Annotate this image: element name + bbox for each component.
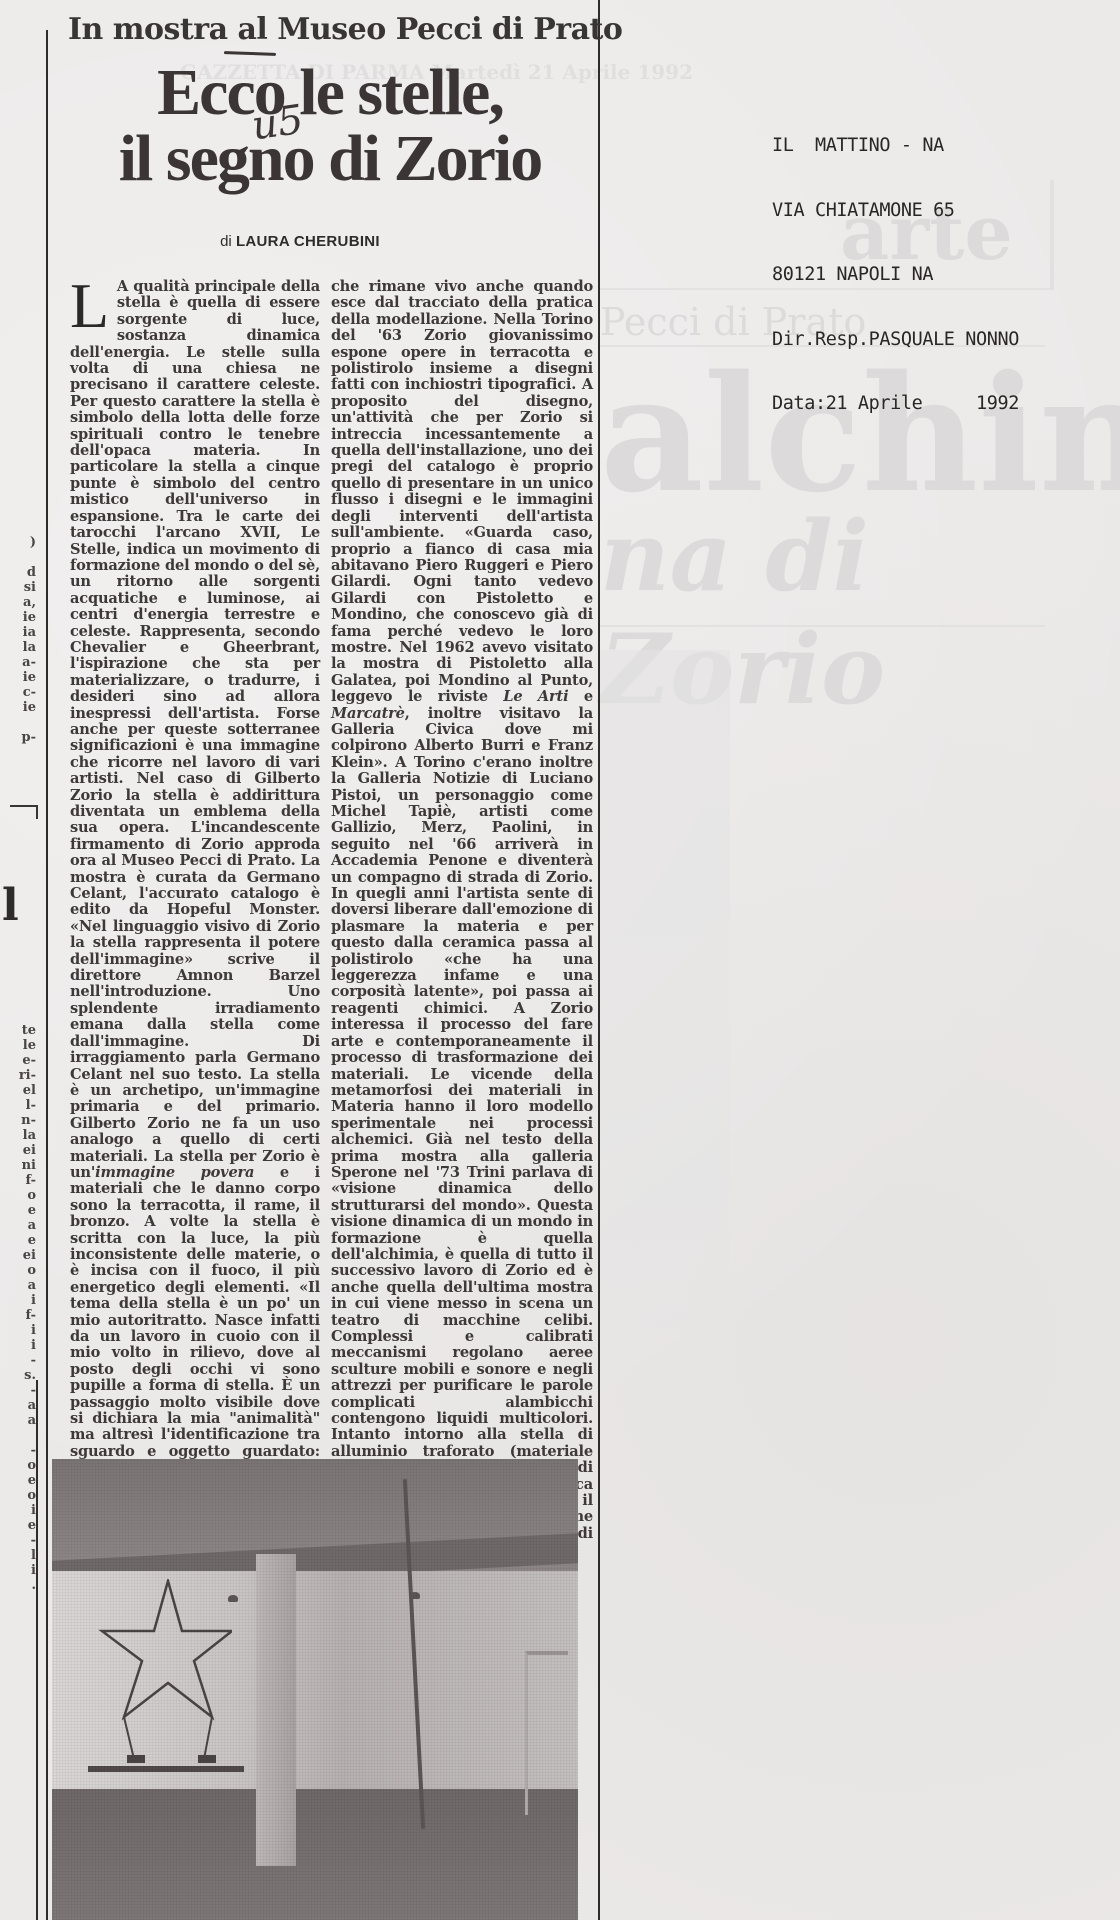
margin-fragment-line: l xyxy=(0,1548,36,1563)
body-text: e xyxy=(568,688,593,705)
margin-fragment-line: o xyxy=(0,1488,36,1503)
margin-fragment-line: si xyxy=(0,580,36,595)
margin-fragment-line: e xyxy=(0,1233,36,1248)
stamp-line-address: VIA CHIATAMONE 65 xyxy=(772,200,1019,222)
margin-big-letter: l xyxy=(2,880,19,931)
margin-fragment-line: e- xyxy=(0,1053,36,1068)
margin-fragment-line: . xyxy=(0,1578,36,1593)
drop-cap: L xyxy=(70,281,109,331)
byline-prefix: di xyxy=(220,233,232,250)
margin-fragment-line: ni xyxy=(0,1158,36,1173)
margin-fragment-line: - xyxy=(0,1533,36,1548)
margin-fragment-line: - xyxy=(0,1443,36,1458)
margin-fragment-line: - xyxy=(0,1353,36,1368)
left-column-rule xyxy=(46,30,48,1920)
margin-fragment-line: a xyxy=(0,1398,36,1413)
headline-line-1: Ecco le stelle, xyxy=(60,60,600,126)
margin-fragment-line: la xyxy=(0,1128,36,1143)
margin-fragment-line: ie xyxy=(0,670,36,685)
margin-fragment-line: f- xyxy=(0,1173,36,1188)
article-column-left: LA qualità principale della stella è que… xyxy=(70,279,320,1608)
margin-fragment-line: l- xyxy=(0,1098,36,1113)
margin-fragment-line: a xyxy=(0,1278,36,1293)
margin-fragment-line: e xyxy=(0,1203,36,1218)
margin-fragment-line: p- xyxy=(0,730,36,745)
article-kicker: In mostra al Museo Pecci di Prato xyxy=(68,12,608,47)
margin-fragment-line: te xyxy=(0,1023,36,1038)
article-column-right: che rimane vivo anche quando esce dal tr… xyxy=(331,279,593,1559)
margin-fragment-line: a, xyxy=(0,595,36,610)
margin-fragment-line: el xyxy=(0,1083,36,1098)
margin-rule xyxy=(36,1380,38,1920)
margin-fragment-line: a xyxy=(0,1413,36,1428)
margin-fragment-line: la xyxy=(0,640,36,655)
margin-fragment-line: n- xyxy=(0,1113,36,1128)
body-italic: Marcatrè xyxy=(331,705,405,722)
stamp-line-director: Dir.Resp.PASQUALE NONNO xyxy=(772,329,1019,351)
margin-fragment-line: o xyxy=(0,1188,36,1203)
bleed-through-photo xyxy=(600,650,730,1330)
margin-fragment-line: ia xyxy=(0,625,36,640)
margin-fragment-line: - xyxy=(0,1383,36,1398)
margin-fragment-line: ei xyxy=(0,1143,36,1158)
margin-fragment-line: d xyxy=(0,565,36,580)
margin-fragment-line: e xyxy=(0,1518,36,1533)
margin-fragment-line: o xyxy=(0,1263,36,1278)
newspaper-stamp: IL MATTINO - NA VIA CHIATAMONE 65 80121 … xyxy=(772,92,1019,436)
stamp-line-date: Data:21 Aprile 1992 xyxy=(772,393,1019,415)
margin-fragment-line: i xyxy=(0,1503,36,1518)
margin-fragment-line: i xyxy=(0,1563,36,1578)
stamp-line-newspaper: IL MATTINO - NA xyxy=(772,135,1019,157)
headline-line-2: il segno di Zorio xyxy=(60,126,600,192)
margin-fragment-line: e xyxy=(0,1473,36,1488)
byline-author: LAURA CHERUBINI xyxy=(236,233,380,250)
right-column-rule xyxy=(598,0,600,1920)
margin-fragment-lower: telee-ri-ell-n-laeinif-oeaeeioaif-ii-s.-… xyxy=(0,1023,36,1593)
byline: di LAURA CHERUBINI xyxy=(0,233,600,250)
margin-fragment-line: ie xyxy=(0,610,36,625)
margin-fragment-line: ri- xyxy=(0,1068,36,1083)
margin-fragment-upper: ) dsia,ieialaa-iec-ie p- xyxy=(0,535,36,745)
photo-halftone xyxy=(52,1459,578,1920)
margin-fragment-line: o xyxy=(0,1458,36,1473)
margin-fragment-line: ie xyxy=(0,700,36,715)
margin-fragment-line xyxy=(0,715,36,730)
margin-fragment-line: ei xyxy=(0,1248,36,1263)
margin-fragment-line: s. xyxy=(0,1368,36,1383)
body-italic: immagine povera xyxy=(95,1164,254,1181)
margin-fragment-line: ) xyxy=(0,535,36,550)
body-text: A qualità principale della stella è quel… xyxy=(70,278,320,1181)
bleed-through-rule xyxy=(600,625,1045,627)
article-headline: Ecco le stelle, il segno di Zorio xyxy=(60,60,600,192)
body-italic: Le Arti xyxy=(503,688,568,705)
margin-fragment-line: f- xyxy=(0,1308,36,1323)
stamp-line-city: 80121 NAPOLI NA xyxy=(772,264,1019,286)
margin-fragment-line: c- xyxy=(0,685,36,700)
article-photo xyxy=(52,1459,578,1920)
margin-fragment-line: a xyxy=(0,1218,36,1233)
handwritten-annotation: u5 xyxy=(249,97,306,150)
margin-fragment-line: i xyxy=(0,1323,36,1338)
body-text: che rimane vivo anche quando esce dal tr… xyxy=(331,278,593,705)
margin-fragment-line: a- xyxy=(0,655,36,670)
margin-fragment-line: i xyxy=(0,1338,36,1353)
margin-fragment-line: le xyxy=(0,1038,36,1053)
body-text: , inoltre visitavo la Galleria Civica do… xyxy=(331,705,593,1559)
margin-bracket xyxy=(10,805,38,819)
margin-fragment-line: i xyxy=(0,1293,36,1308)
margin-fragment-line xyxy=(0,550,36,565)
margin-fragment-line xyxy=(0,1428,36,1443)
